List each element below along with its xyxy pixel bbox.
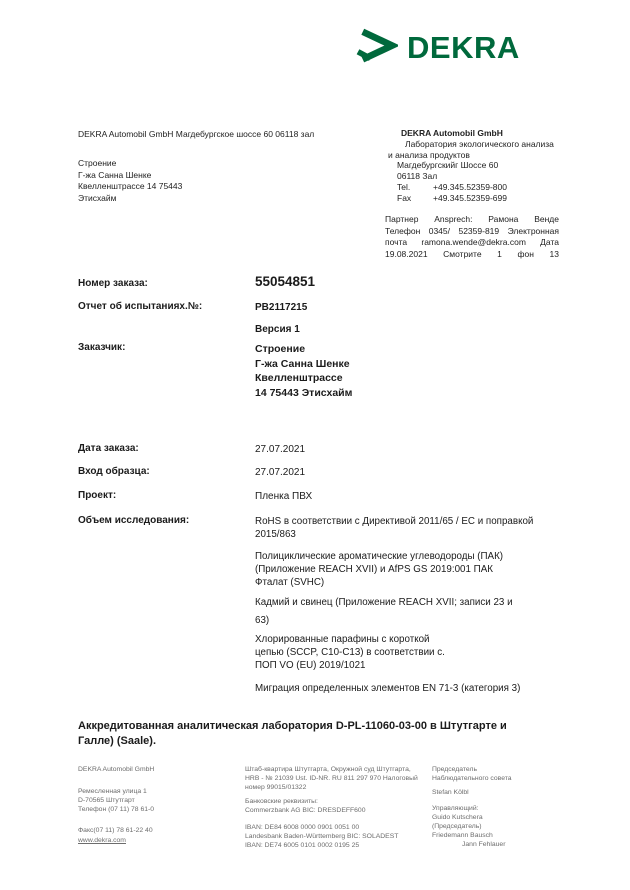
sample-in-value: 27.07.2021 — [255, 466, 305, 479]
company-info-block: DEKRA Automobil GmbH Лаборатория экологи… — [388, 128, 564, 204]
recipient-address: Строение Г-жа Санна Шенке Квелленштрассе… — [78, 158, 182, 204]
footer-chairman-name: Stefan Kölbl — [432, 788, 557, 797]
footer-bank-label: Банковские реквизиты: — [245, 797, 431, 806]
footer-company-fax: Факс(07 11) 78 61-22 40 — [78, 826, 238, 835]
company-street: Магдебургскийг Шоссе 60 — [388, 160, 564, 171]
customer-label: Заказчик: — [78, 342, 125, 353]
company-dept-line1: Лаборатория экологического анализа — [388, 139, 564, 150]
footer-company-name: DEKRA Automobil GmbH — [78, 765, 238, 774]
customer-value: Строение Г-жа Санна Шенке Квелленштрассе… — [255, 342, 352, 400]
footer-bank2: Landesbank Baden-Württemberg BIC: SOLADE… — [245, 832, 431, 841]
fax-number: +49.345.52359-699 — [433, 193, 507, 204]
sender-return-address: DEKRA Automobil GmbH Магдебургское шоссе… — [78, 129, 314, 139]
scope-item-rohs: RoHS в соответствии с Директивой 2011/65… — [255, 515, 567, 541]
scope-item-sccp: Хлорированные парафины с короткой цепью … — [255, 633, 567, 672]
tel-number: +49.345.52359-800 — [433, 182, 507, 193]
footer-manager-last: Jann Fehlauer — [432, 840, 557, 849]
footer-managers: Guido Kutschera (Председатель) Friedeman… — [432, 813, 557, 840]
report-version: Версия 1 — [255, 323, 300, 336]
dekra-arrow-icon — [356, 28, 398, 66]
tel-label: Tel. — [397, 182, 433, 193]
dekra-wordmark: DEKRA — [407, 32, 520, 63]
scope-item-cadmium-lead: Кадмий и свинец (Приложение REACH XVII; … — [255, 594, 567, 630]
fax-label: Fax — [397, 193, 433, 204]
contact-line-4: 19.08.2021 Смотрите 1 фон 13 — [385, 249, 559, 261]
project-value: Пленка ПВХ — [255, 490, 312, 503]
sample-in-label: Вход образца: — [78, 466, 150, 477]
footer-registry-info: Штаб-квартира Штутгарта, Окружной суд Шт… — [245, 765, 431, 792]
footer-company-address: Ремесленная улица 1 D-70565 Штутгарт Тел… — [78, 787, 238, 814]
footer-column-board: Председатель Наблюдательного совета Stef… — [432, 765, 557, 849]
order-date-label: Дата заказа: — [78, 443, 139, 454]
project-label: Проект: — [78, 490, 116, 501]
document-page: DEKRA DEKRA Automobil GmbH Магдебургское… — [0, 0, 630, 890]
contact-partner-block: Партнер Ansprech: Рамона Венде Телефон 0… — [385, 214, 559, 260]
footer-bank1: Commerzbank AG BIC: DRESDEFF600 — [245, 806, 431, 815]
company-tel-row: Tel. +49.345.52359-800 — [388, 182, 564, 193]
company-name: DEKRA Automobil GmbH — [388, 128, 564, 139]
contact-line-3: почта ramona.wende@dekra.com Дата — [385, 237, 559, 249]
company-city: 06118 Зал — [388, 171, 564, 182]
order-number-label: Номер заказа: — [78, 278, 148, 289]
accreditation-statement: Аккредитованная аналитическая лаборатори… — [78, 719, 562, 749]
report-number-label: Отчет об испытаниях.№: — [78, 301, 202, 312]
footer-column-company: DEKRA Automobil GmbH Ремесленная улица 1… — [78, 765, 238, 845]
footer-iban2: IBAN: DE74 6005 0101 0002 0195 25 — [245, 841, 431, 850]
report-number-value: PB2117215 — [255, 301, 307, 314]
company-fax-row: Fax +49.345.52359-699 — [388, 193, 564, 204]
order-date-value: 27.07.2021 — [255, 443, 305, 456]
footer-website-link[interactable]: www.dekra.com — [78, 837, 126, 844]
footer-iban1: IBAN: DE84 6008 0000 0901 0051 00 — [245, 823, 431, 832]
order-number-value: 55054851 — [255, 275, 315, 288]
scope-item-migration: Миграция определенных элементов EN 71-3 … — [255, 682, 567, 695]
company-dept-line2: и анализа продуктов — [388, 150, 564, 161]
contact-line-2: Телефон 0345/ 52359-819 Электронная — [385, 226, 559, 238]
dekra-logo: DEKRA — [356, 28, 520, 66]
scope-item-pah: Полициклические ароматические углеводоро… — [255, 550, 567, 589]
footer-column-legal-bank: Штаб-квартира Штутгарта, Окружной суд Шт… — [245, 765, 431, 850]
contact-line-1: Партнер Ansprech: Рамона Венде — [385, 214, 559, 226]
footer-chairman-label: Председатель Наблюдательного совета — [432, 765, 557, 783]
scope-label: Объем исследования: — [78, 515, 189, 526]
footer-management-label: Управляющий: — [432, 804, 557, 813]
